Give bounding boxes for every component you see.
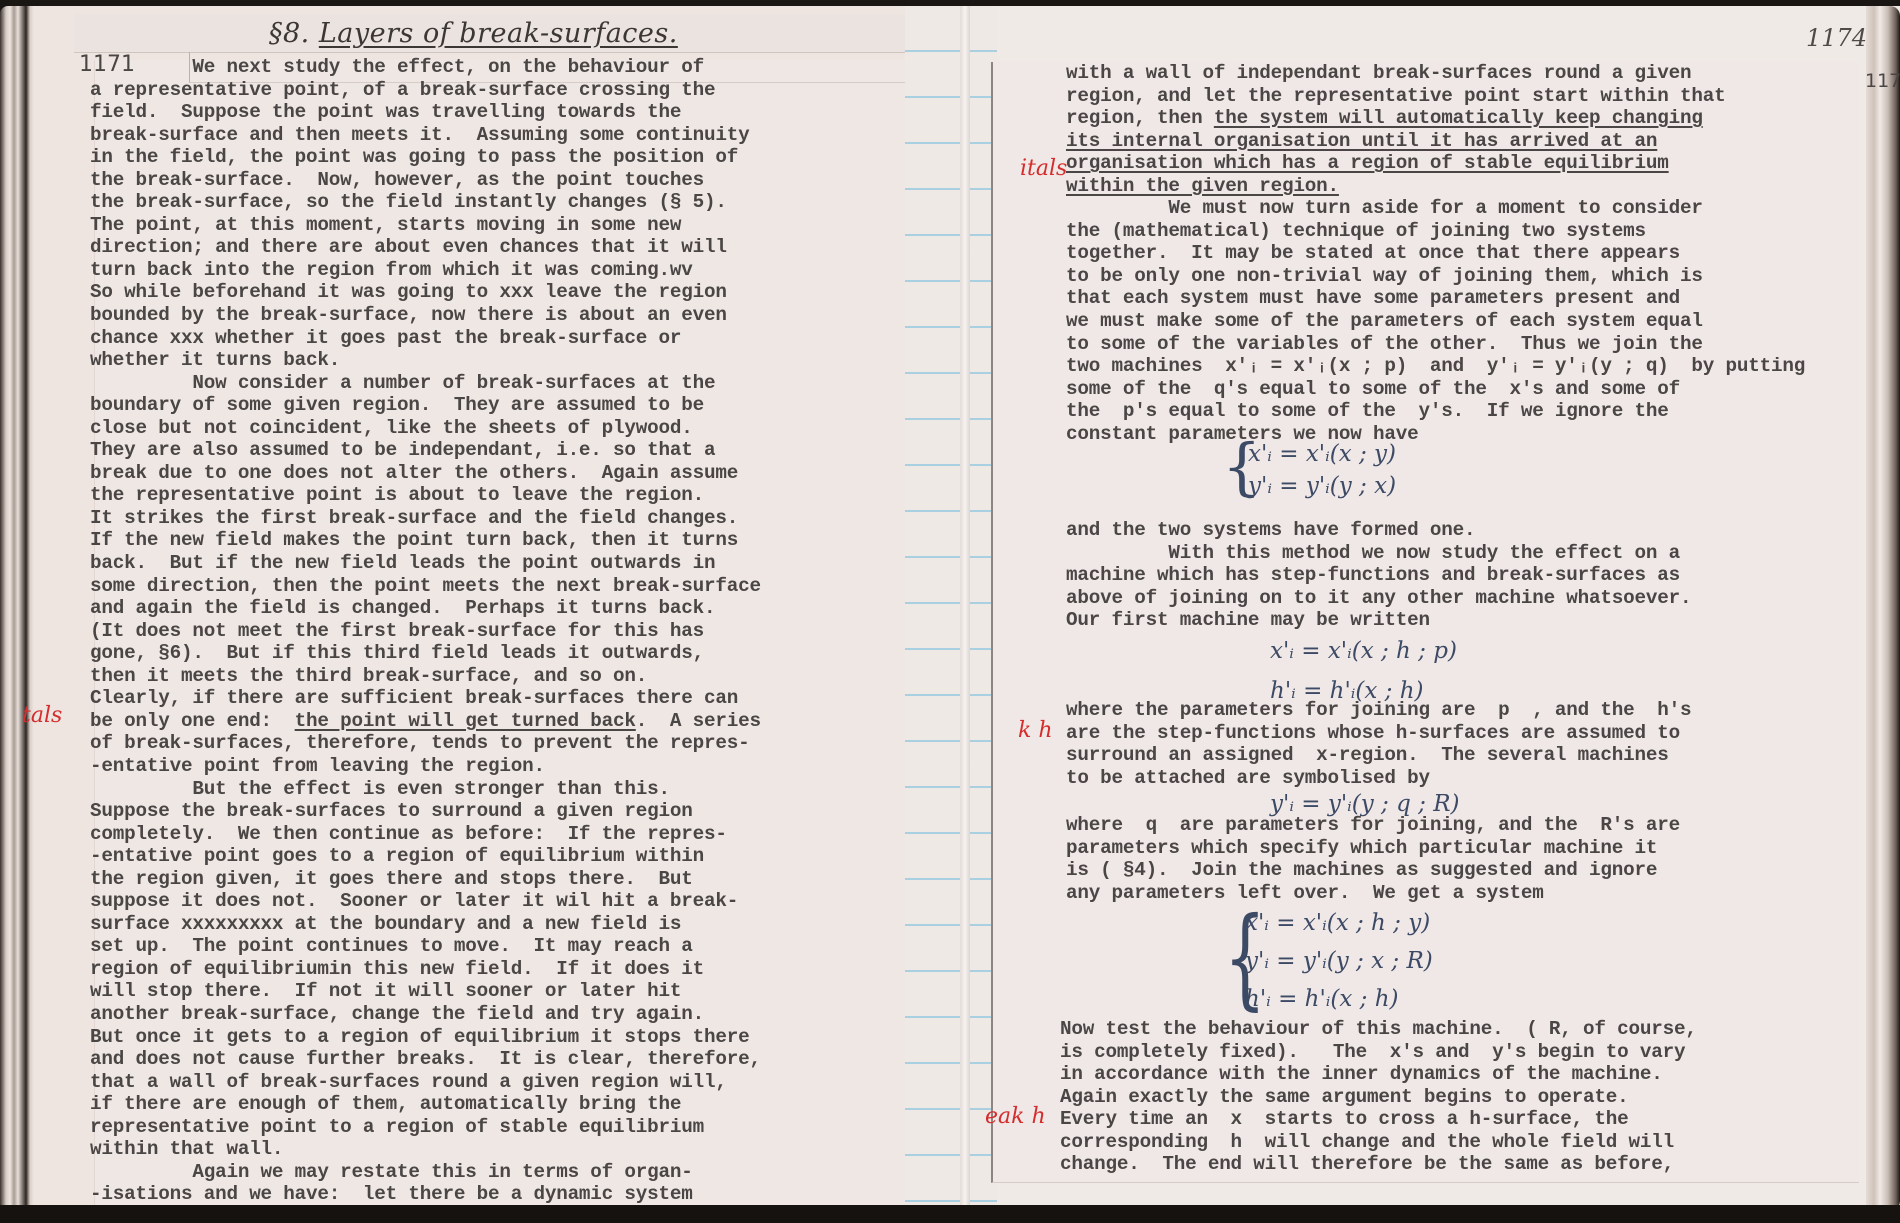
gutter-ruled-paper	[905, 6, 997, 1211]
spine-fold	[960, 6, 970, 1211]
bottom-shadow	[0, 1205, 1900, 1223]
right-text-block-1: with a wall of independant break-surface…	[1066, 62, 1805, 445]
book-edge-right	[1866, 6, 1900, 1211]
right-text-block-3: where the parameters for joining are p ,…	[1066, 699, 1691, 789]
margin-note-k-h: k h	[1018, 718, 1053, 743]
left-page: §8. Layers of break-surfaces. 1171 We ne…	[34, 6, 914, 1213]
page-number-1172: 1172	[1865, 70, 1900, 92]
section-header-strip: §8. Layers of break-surfaces.	[74, 14, 934, 53]
book-edge-left	[0, 6, 34, 1211]
right-text-block-4: where q are parameters for joining, and …	[1066, 814, 1680, 904]
right-text-block-2: and the two systems have formed one. Wit…	[1066, 519, 1691, 632]
section-number: §8.	[269, 18, 310, 49]
left-page-body-text: We next study the effect, on the behavio…	[90, 56, 761, 1206]
equation-4: x'ᵢ = x'ᵢ(x ; h ; y) y'ᵢ = y'ᵢ(y ; x ; R…	[1245, 904, 1433, 1018]
section-heading: §8. Layers of break-surfaces.	[269, 18, 678, 49]
equation-1: x'ᵢ = x'ᵢ(x ; y) y'ᵢ = y'ᵢ(y ; x)	[1248, 438, 1396, 502]
page-number-1174: 1174	[1806, 24, 1867, 52]
notebook-spread: §8. Layers of break-surfaces. 1171 We ne…	[0, 6, 1900, 1211]
margin-note-tals: tals	[22, 703, 62, 728]
right-text-block-5: Now test the behaviour of this machine. …	[1060, 1018, 1697, 1176]
margin-note-eak-h: eak h	[985, 1104, 1046, 1129]
margin-note-itals: itals	[1020, 156, 1067, 181]
section-title: Layers of break-surfaces.	[319, 18, 678, 49]
